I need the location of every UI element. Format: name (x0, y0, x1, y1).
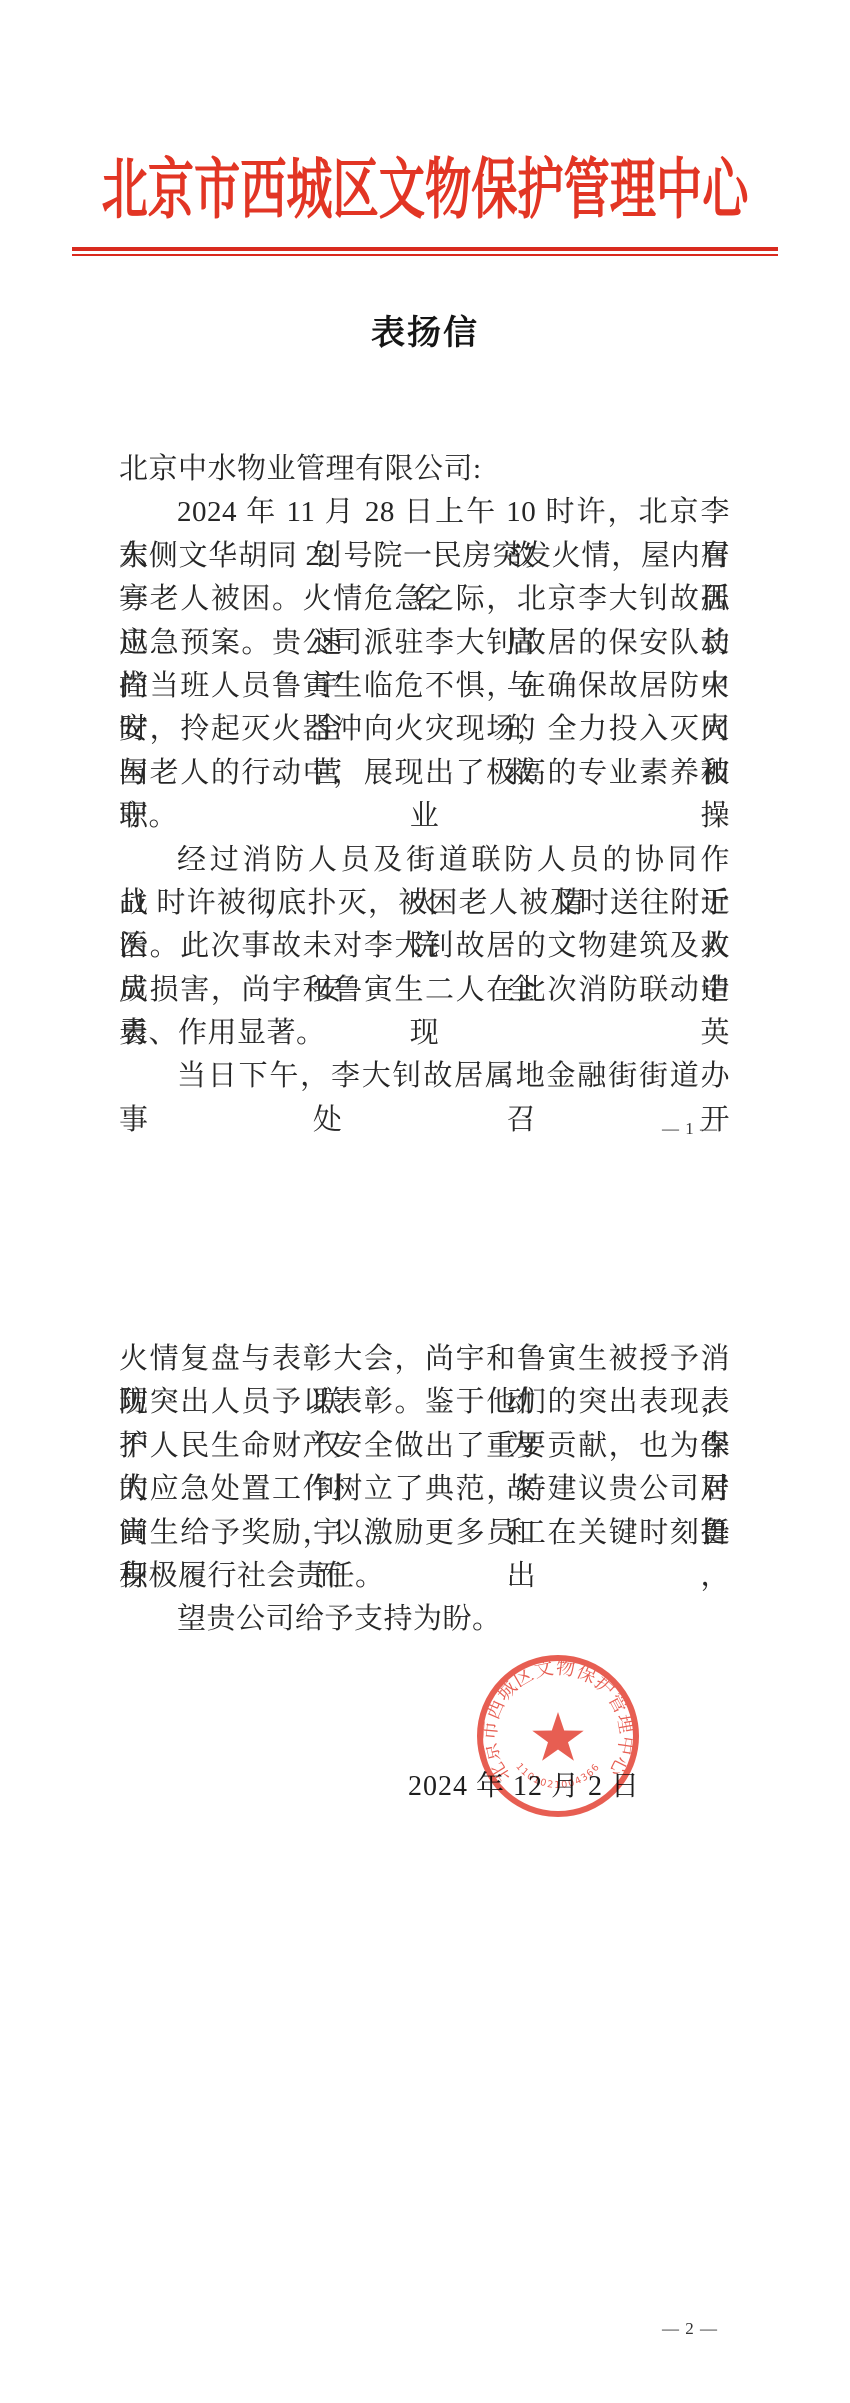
scanned-letter-page: 北京市西城区文物保护管理中心 表扬信 北京中水物业管理有限公司:2024 年 1… (0, 0, 850, 2403)
body-line: 成损害，尚宇和鲁寅生二人在此次消防联动中表现英 (119, 969, 730, 1012)
page2-body: 火情复盘与表彰大会，尚宇和鲁寅生被授予消防联动表现突出人员予以表彰。鉴于他们的突… (119, 1338, 730, 1642)
letterhead-title: 北京市西城区文物保护管理中心 (102, 136, 749, 231)
page1-body: 北京中水物业管理有限公司:2024 年 11 月 28 日上午 10 时许，北京… (119, 448, 730, 1099)
body-line: 控当班人员鲁寅生临危不惧，在确保故居防火安全的同 (119, 665, 730, 708)
body-line: 经过消防人员及街道联防人员的协同作战，火情于 (119, 839, 730, 882)
seal-star-icon (532, 1712, 583, 1761)
body-line: 的应急处置工作树立了典范，特建议贵公司对尚宇和鲁 (119, 1468, 730, 1511)
official-seal: 北京市西城区文物保护管理中心 1101021004366 (476, 1654, 640, 1818)
body-line: 火情复盘与表彰大会，尚宇和鲁寅生被授予消防联动表 (119, 1338, 730, 1381)
seal-number: 1101021004366 (513, 1761, 602, 1791)
body-line: 11 时许被彻底扑灭，被困老人被及时送往附近医院救 (119, 882, 730, 925)
body-line: 寡老人被困。火情危急之际，北京李大钊故居迅速启动 (119, 578, 730, 621)
body-line: 东侧文华胡同 22 号院一民房突发火情，屋内有一名孤 (119, 535, 730, 578)
body-line: 现突出人员予以表彰。鉴于他们的突出表现，不仅为保 (119, 1381, 730, 1424)
body-line: 望贵公司给予支持为盼。 (119, 1598, 730, 1641)
body-line: 2024 年 11 月 28 日上午 10 时许，北京李大钊故居 (119, 491, 730, 534)
letterhead-divider-thick (72, 247, 778, 251)
body-line: 护人民生命财产安全做出了重要贡献，也为李大钊故居 (119, 1425, 730, 1468)
body-line: 寅生给予奖励，以激励更多员工在关键时刻挺身而出， (119, 1512, 730, 1555)
page1-number: — 1 — (648, 1119, 732, 1139)
page2-number: — 2 — (648, 2319, 732, 2339)
body-line: 治。此次事故未对李大钊故居的文物建筑及人员安全造 (119, 925, 730, 968)
body-line: 应急预案。贵公司派驻李大钊故居的保安队长尚宇与中 (119, 622, 730, 665)
body-line: 困老人的行动中，展现出了极高的专业素养和职业操 (119, 752, 730, 795)
letterhead: 北京市西城区文物保护管理中心 (0, 136, 850, 231)
letterhead-divider-thin (72, 254, 778, 256)
body-line: 时，拎起灭火器冲向火灾现场，全力投入灭火与营救被 (119, 708, 730, 751)
body-line: 当日下午，李大钊故居属地金融街街道办事处召开 (119, 1055, 730, 1098)
svg-text:1101021004366: 1101021004366 (513, 1761, 602, 1791)
body-line: 北京中水物业管理有限公司: (119, 448, 730, 491)
document-title: 表扬信 (0, 305, 850, 354)
